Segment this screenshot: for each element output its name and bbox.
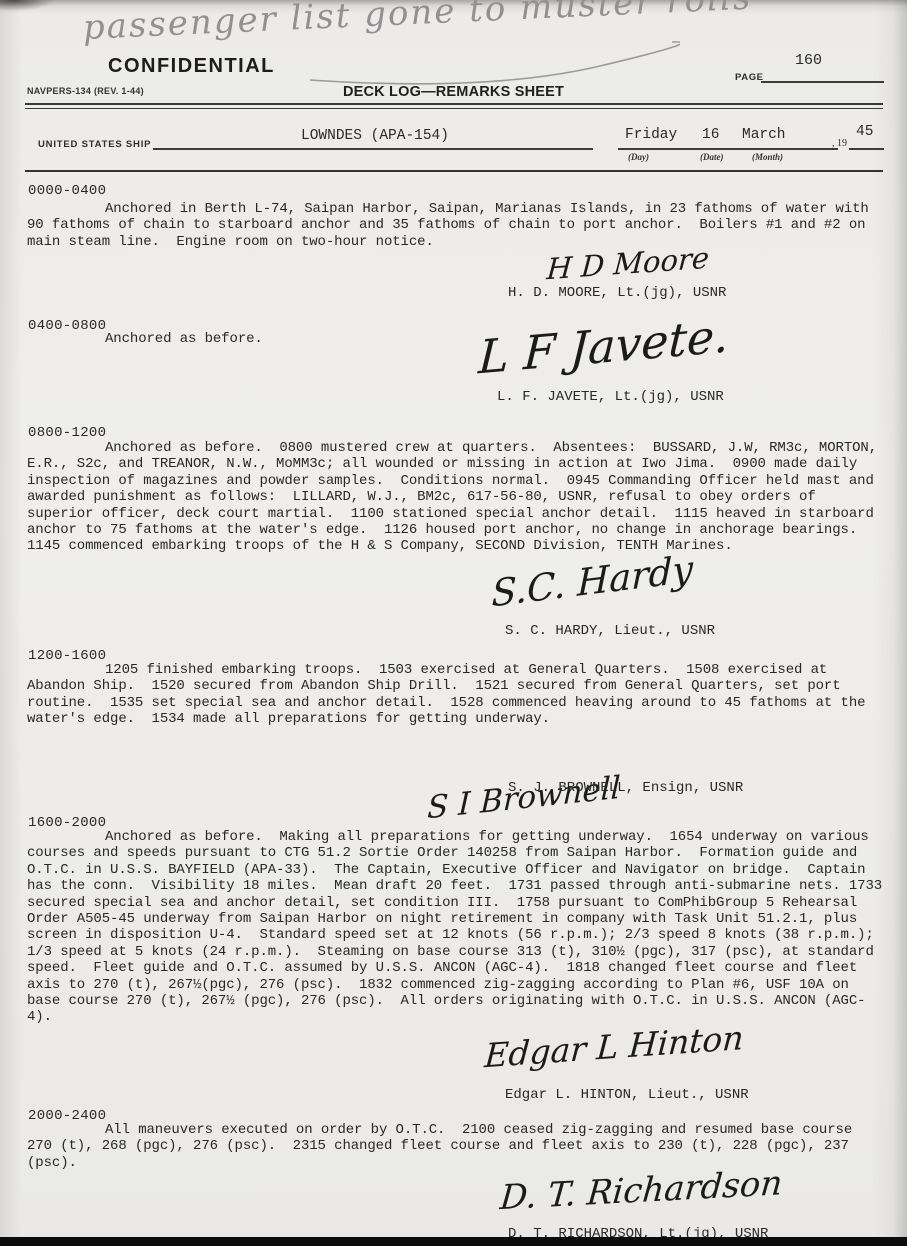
entry-text: 1205 finished embarking troops. 1503 exe…: [27, 662, 884, 728]
year-prefix: , 19: [832, 138, 847, 149]
header-divider-rule: [25, 170, 883, 172]
page-number-rule: [761, 81, 884, 83]
month-field-label: (Month): [752, 152, 783, 162]
confidential-stamp: CONFIDENTIAL: [108, 55, 275, 78]
date-number: 16: [702, 127, 719, 143]
signature-script: Edgar L Hinton: [483, 1018, 745, 1075]
scan-bottom-bar: [0, 1237, 907, 1246]
signature-script: L F Javete.: [477, 308, 730, 384]
page-number: 160: [795, 52, 822, 69]
scan-corner-smudge: [0, 0, 54, 11]
signature-script: S I Brownell: [427, 770, 621, 827]
entry-text: Anchored as before.: [27, 331, 884, 347]
date-day: Friday: [625, 127, 677, 143]
entry-text: Anchored in Berth L-74, Saipan Harbor, S…: [27, 201, 884, 250]
date-rule: [618, 148, 838, 150]
year-rule: [849, 148, 884, 150]
ship-label: UNITED STATES SHIP: [38, 139, 151, 150]
signature-typed: S. J. BROWNELL, Ensign, USNR: [508, 780, 743, 796]
deck-log-page: passenger list gone to muster rolls CONF…: [0, 0, 907, 1246]
ship-name: LOWNDES (APA-154): [160, 128, 590, 144]
signature-typed: S. C. HARDY, Lieut., USNR: [505, 623, 715, 639]
page-label: PAGE: [735, 72, 764, 83]
header-rule-top: [25, 103, 883, 105]
date-field-label: (Date): [700, 152, 724, 162]
day-field-label: (Day): [628, 152, 649, 162]
signature-typed: Edgar L. HINTON, Lieut., USNR: [505, 1087, 749, 1103]
signature-script: D. T. Richardson: [498, 1163, 784, 1218]
entry-text: Anchored as before. 0800 mustered crew a…: [27, 440, 884, 555]
header-rule-bottom: [25, 108, 883, 110]
signature-typed: H. D. MOORE, Lt.(jg), USNR: [508, 285, 726, 301]
date-year: 45: [856, 124, 873, 140]
ship-name-rule: [153, 148, 593, 150]
entry-period: 0000-0400: [28, 183, 106, 199]
entry-text: Anchored as before. Making all preparati…: [27, 829, 884, 1026]
sheet-title: DECK LOG—REMARKS SHEET: [0, 84, 907, 100]
date-month: March: [742, 127, 786, 143]
signature-script: S.C. Hardy: [491, 547, 693, 615]
entry-period: 0800-1200: [28, 425, 106, 441]
signature-typed: L. F. JAVETE, Lt.(jg), USNR: [497, 389, 724, 405]
